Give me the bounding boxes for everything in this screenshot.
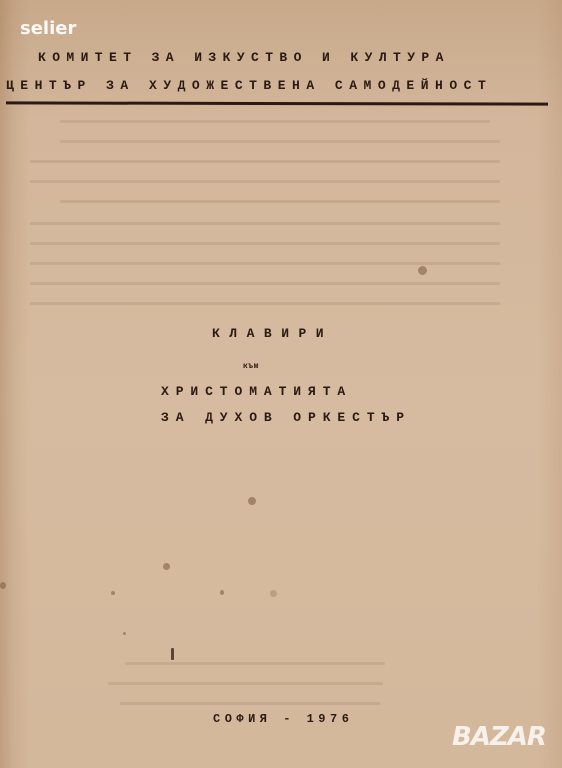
paper-stain — [123, 632, 126, 635]
paper-stain — [248, 497, 256, 505]
bleed-through-line — [108, 682, 383, 685]
header-line-center: ЦЕНТЪР ЗА ХУДОЖЕСТВЕНА САМОДЕЙНОСТ — [6, 78, 492, 93]
title-line-1: КЛАВИРИ — [212, 326, 333, 341]
bleed-through-line — [30, 282, 500, 285]
header-underline — [6, 101, 548, 105]
bleed-through-line — [30, 180, 500, 183]
bleed-through-line — [30, 242, 500, 245]
paper-stain — [111, 591, 115, 595]
paper-stain — [418, 266, 427, 275]
seller-watermark: selier — [20, 18, 76, 39]
bazar-watermark-logo: BAZAR — [452, 722, 546, 752]
title-line-3: ХРИСТОМАТИЯТА — [161, 384, 352, 399]
paper-stain — [171, 648, 174, 660]
title-line-4: ЗА ДУХОВ ОРКЕСТЪР — [161, 410, 411, 425]
paper-stain — [220, 590, 224, 595]
bleed-through-line — [30, 160, 500, 163]
bleed-through-line — [30, 302, 500, 305]
bleed-through-line — [60, 120, 490, 123]
title-line-2: към — [243, 362, 259, 371]
bleed-through-line — [60, 140, 500, 143]
paper-stain — [270, 590, 277, 597]
header-line-committee: КОМИТЕТ ЗА ИЗКУСТВО И КУЛТУРА — [38, 50, 450, 65]
bleed-through-line — [120, 702, 380, 705]
bleed-through-line — [60, 200, 500, 203]
bleed-through-line — [30, 222, 500, 225]
imprint-place-year: СОФИЯ - 1976 — [213, 712, 353, 726]
bleed-through-line — [125, 662, 385, 665]
bleed-through-line — [30, 262, 500, 265]
document-page: selier КОМИТЕТ ЗА ИЗКУСТВО И КУЛТУРА ЦЕН… — [0, 0, 562, 768]
paper-stain — [163, 563, 170, 570]
paper-stain — [0, 582, 6, 589]
